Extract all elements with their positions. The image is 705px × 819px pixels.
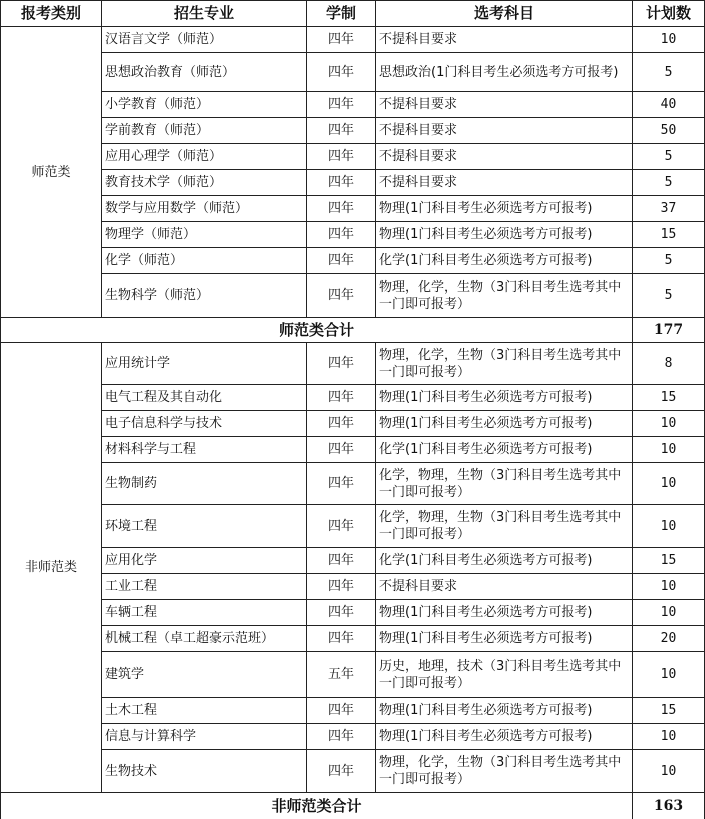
subjects-cell: 不提科目要求 bbox=[376, 92, 633, 118]
subjects-cell: 物理，化学，生物（3门科目考生选考其中一门即可报考） bbox=[376, 343, 633, 385]
table-row: 应用心理学（师范）四年不提科目要求5 bbox=[1, 144, 705, 170]
table-row: 物理学（师范）四年物理(1门科目考生必须选考方可报考)15 bbox=[1, 222, 705, 248]
plan-cell: 40 bbox=[633, 92, 705, 118]
major-cell: 信息与计算科学 bbox=[102, 724, 307, 750]
subjects-cell: 物理(1门科目考生必须选考方可报考) bbox=[376, 385, 633, 411]
subjects-cell: 不提科目要求 bbox=[376, 144, 633, 170]
subjects-cell: 历史，地理，技术（3门科目考生选考其中一门即可报考） bbox=[376, 652, 633, 698]
subtotal-label: 非师范类合计 bbox=[1, 793, 633, 819]
subjects-cell: 物理(1门科目考生必须选考方可报考) bbox=[376, 196, 633, 222]
table-row: 生物科学（师范）四年物理，化学，生物（3门科目考生选考其中一门即可报考）5 bbox=[1, 274, 705, 318]
major-cell: 车辆工程 bbox=[102, 600, 307, 626]
header-major: 招生专业 bbox=[102, 1, 307, 27]
table-row: 数学与应用数学（师范）四年物理(1门科目考生必须选考方可报考)37 bbox=[1, 196, 705, 222]
major-cell: 材料科学与工程 bbox=[102, 437, 307, 463]
subjects-cell: 不提科目要求 bbox=[376, 27, 633, 53]
major-cell: 小学教育（师范） bbox=[102, 92, 307, 118]
plan-cell: 10 bbox=[633, 724, 705, 750]
duration-cell: 四年 bbox=[307, 196, 376, 222]
table-row: 建筑学五年历史，地理，技术（3门科目考生选考其中一门即可报考）10 bbox=[1, 652, 705, 698]
duration-cell: 四年 bbox=[307, 53, 376, 92]
major-cell: 应用统计学 bbox=[102, 343, 307, 385]
duration-cell: 四年 bbox=[307, 248, 376, 274]
table-row: 应用化学四年化学(1门科目考生必须选考方可报考)15 bbox=[1, 548, 705, 574]
table-row: 学前教育（师范）四年不提科目要求50 bbox=[1, 118, 705, 144]
table-row: 思想政治教育（师范）四年思想政治(1门科目考生必须选考方可报考)5 bbox=[1, 53, 705, 92]
plan-cell: 10 bbox=[633, 505, 705, 548]
duration-cell: 四年 bbox=[307, 411, 376, 437]
table-row: 电气工程及其自动化四年物理(1门科目考生必须选考方可报考)15 bbox=[1, 385, 705, 411]
duration-cell: 四年 bbox=[307, 626, 376, 652]
subjects-cell: 不提科目要求 bbox=[376, 118, 633, 144]
major-cell: 电气工程及其自动化 bbox=[102, 385, 307, 411]
duration-cell: 四年 bbox=[307, 463, 376, 505]
table-row: 机械工程（卓工超豪示范班）四年物理(1门科目考生必须选考方可报考)20 bbox=[1, 626, 705, 652]
duration-cell: 四年 bbox=[307, 343, 376, 385]
subjects-cell: 物理，化学，生物（3门科目考生选考其中一门即可报考） bbox=[376, 274, 633, 318]
major-cell: 生物科学（师范） bbox=[102, 274, 307, 318]
duration-cell: 四年 bbox=[307, 724, 376, 750]
table-row: 生物技术四年物理，化学，生物（3门科目考生选考其中一门即可报考）10 bbox=[1, 750, 705, 793]
major-cell: 电子信息科学与技术 bbox=[102, 411, 307, 437]
duration-cell: 四年 bbox=[307, 437, 376, 463]
plan-cell: 10 bbox=[633, 27, 705, 53]
subjects-cell: 不提科目要求 bbox=[376, 170, 633, 196]
duration-cell: 四年 bbox=[307, 274, 376, 318]
major-cell: 机械工程（卓工超豪示范班） bbox=[102, 626, 307, 652]
plan-cell: 8 bbox=[633, 343, 705, 385]
plan-cell: 37 bbox=[633, 196, 705, 222]
duration-cell: 四年 bbox=[307, 574, 376, 600]
subtotal-value: 177 bbox=[633, 318, 705, 343]
duration-cell: 四年 bbox=[307, 118, 376, 144]
table-row: 小学教育（师范）四年不提科目要求40 bbox=[1, 92, 705, 118]
major-cell: 工业工程 bbox=[102, 574, 307, 600]
subjects-cell: 物理(1门科目考生必须选考方可报考) bbox=[376, 626, 633, 652]
duration-cell: 四年 bbox=[307, 600, 376, 626]
subjects-cell: 化学(1门科目考生必须选考方可报考) bbox=[376, 437, 633, 463]
plan-cell: 5 bbox=[633, 274, 705, 318]
major-cell: 生物制药 bbox=[102, 463, 307, 505]
table-row: 师范类汉语言文学（师范）四年不提科目要求10 bbox=[1, 27, 705, 53]
major-cell: 应用心理学（师范） bbox=[102, 144, 307, 170]
major-cell: 教育技术学（师范） bbox=[102, 170, 307, 196]
table-row: 土木工程四年物理(1门科目考生必须选考方可报考)15 bbox=[1, 698, 705, 724]
major-cell: 思想政治教育（师范） bbox=[102, 53, 307, 92]
major-cell: 汉语言文学（师范） bbox=[102, 27, 307, 53]
major-cell: 环境工程 bbox=[102, 505, 307, 548]
major-cell: 学前教育（师范） bbox=[102, 118, 307, 144]
plan-cell: 10 bbox=[633, 411, 705, 437]
major-cell: 生物技术 bbox=[102, 750, 307, 793]
category-cell: 师范类 bbox=[1, 27, 102, 318]
duration-cell: 五年 bbox=[307, 652, 376, 698]
plan-cell: 10 bbox=[633, 600, 705, 626]
plan-cell: 15 bbox=[633, 385, 705, 411]
major-cell: 土木工程 bbox=[102, 698, 307, 724]
major-cell: 应用化学 bbox=[102, 548, 307, 574]
major-cell: 化学（师范） bbox=[102, 248, 307, 274]
plan-cell: 10 bbox=[633, 437, 705, 463]
plan-cell: 5 bbox=[633, 170, 705, 196]
subjects-cell: 不提科目要求 bbox=[376, 574, 633, 600]
plan-cell: 5 bbox=[633, 144, 705, 170]
plan-cell: 10 bbox=[633, 463, 705, 505]
major-cell: 数学与应用数学（师范） bbox=[102, 196, 307, 222]
table-row: 生物制药四年化学，物理，生物（3门科目考生选考其中一门即可报考）10 bbox=[1, 463, 705, 505]
header-subjects: 选考科目 bbox=[376, 1, 633, 27]
plan-cell: 20 bbox=[633, 626, 705, 652]
major-cell: 建筑学 bbox=[102, 652, 307, 698]
duration-cell: 四年 bbox=[307, 27, 376, 53]
duration-cell: 四年 bbox=[307, 385, 376, 411]
table-row: 电子信息科学与技术四年物理(1门科目考生必须选考方可报考)10 bbox=[1, 411, 705, 437]
table-row: 环境工程四年化学，物理，生物（3门科目考生选考其中一门即可报考）10 bbox=[1, 505, 705, 548]
table-row: 教育技术学（师范）四年不提科目要求5 bbox=[1, 170, 705, 196]
category-cell: 非师范类 bbox=[1, 343, 102, 793]
duration-cell: 四年 bbox=[307, 698, 376, 724]
duration-cell: 四年 bbox=[307, 92, 376, 118]
header-duration: 学制 bbox=[307, 1, 376, 27]
header-row: 报考类别 招生专业 学制 选考科目 计划数 bbox=[1, 1, 705, 27]
duration-cell: 四年 bbox=[307, 548, 376, 574]
table-row: 材料科学与工程四年化学(1门科目考生必须选考方可报考)10 bbox=[1, 437, 705, 463]
plan-cell: 10 bbox=[633, 750, 705, 793]
subjects-cell: 物理(1门科目考生必须选考方可报考) bbox=[376, 724, 633, 750]
plan-cell: 50 bbox=[633, 118, 705, 144]
table-row: 化学（师范）四年化学(1门科目考生必须选考方可报考)5 bbox=[1, 248, 705, 274]
subjects-cell: 化学(1门科目考生必须选考方可报考) bbox=[376, 248, 633, 274]
subjects-cell: 物理(1门科目考生必须选考方可报考) bbox=[376, 600, 633, 626]
subjects-cell: 物理(1门科目考生必须选考方可报考) bbox=[376, 411, 633, 437]
plan-cell: 15 bbox=[633, 548, 705, 574]
subjects-cell: 物理(1门科目考生必须选考方可报考) bbox=[376, 698, 633, 724]
table-row: 非师范类应用统计学四年物理，化学，生物（3门科目考生选考其中一门即可报考）8 bbox=[1, 343, 705, 385]
table-row: 车辆工程四年物理(1门科目考生必须选考方可报考)10 bbox=[1, 600, 705, 626]
subjects-cell: 物理(1门科目考生必须选考方可报考) bbox=[376, 222, 633, 248]
subjects-cell: 化学，物理，生物（3门科目考生选考其中一门即可报考） bbox=[376, 463, 633, 505]
plan-cell: 5 bbox=[633, 53, 705, 92]
major-cell: 物理学（师范） bbox=[102, 222, 307, 248]
subjects-cell: 思想政治(1门科目考生必须选考方可报考) bbox=[376, 53, 633, 92]
admission-plan-table: 报考类别 招生专业 学制 选考科目 计划数 师范类汉语言文学（师范）四年不提科目… bbox=[0, 0, 705, 819]
plan-cell: 10 bbox=[633, 652, 705, 698]
subjects-cell: 物理，化学，生物（3门科目考生选考其中一门即可报考） bbox=[376, 750, 633, 793]
duration-cell: 四年 bbox=[307, 222, 376, 248]
table-row: 信息与计算科学四年物理(1门科目考生必须选考方可报考)10 bbox=[1, 724, 705, 750]
plan-cell: 15 bbox=[633, 698, 705, 724]
duration-cell: 四年 bbox=[307, 505, 376, 548]
subtotal-label: 师范类合计 bbox=[1, 318, 633, 343]
plan-cell: 10 bbox=[633, 574, 705, 600]
subtotal-row: 非师范类合计163 bbox=[1, 793, 705, 819]
duration-cell: 四年 bbox=[307, 170, 376, 196]
subtotal-value: 163 bbox=[633, 793, 705, 819]
subjects-cell: 化学(1门科目考生必须选考方可报考) bbox=[376, 548, 633, 574]
duration-cell: 四年 bbox=[307, 144, 376, 170]
subjects-cell: 化学，物理，生物（3门科目考生选考其中一门即可报考） bbox=[376, 505, 633, 548]
duration-cell: 四年 bbox=[307, 750, 376, 793]
plan-cell: 5 bbox=[633, 248, 705, 274]
table-row: 工业工程四年不提科目要求10 bbox=[1, 574, 705, 600]
subtotal-row: 师范类合计177 bbox=[1, 318, 705, 343]
header-plan: 计划数 bbox=[633, 1, 705, 27]
plan-cell: 15 bbox=[633, 222, 705, 248]
header-category: 报考类别 bbox=[1, 1, 102, 27]
